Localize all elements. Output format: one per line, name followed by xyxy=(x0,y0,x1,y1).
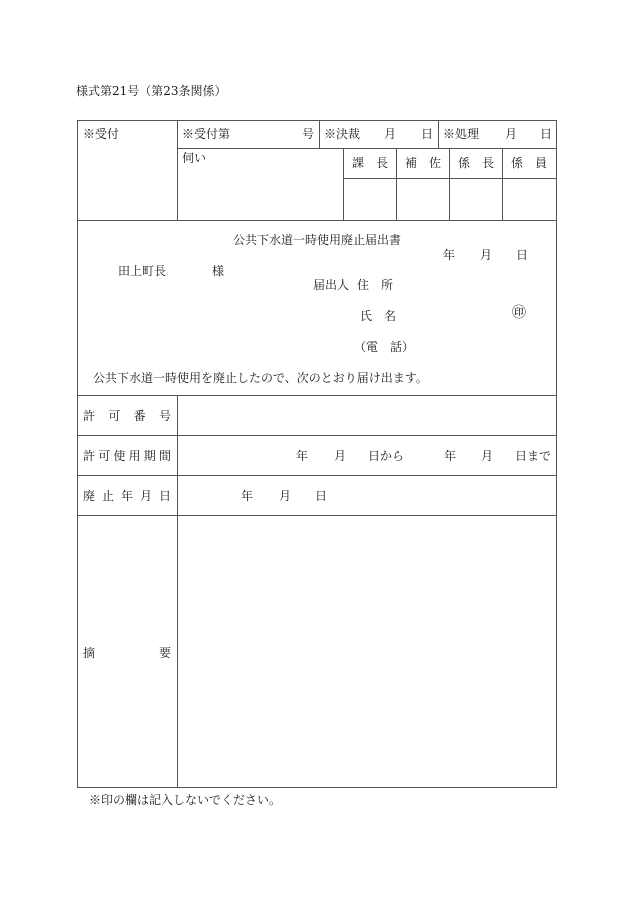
permit-number-field[interactable] xyxy=(178,396,556,435)
stamp-box-section-chief[interactable] xyxy=(344,179,396,220)
statement: 公共下水道一時使用を廃止したので、次のとおり届け出ます。 xyxy=(93,371,428,385)
address-field[interactable] xyxy=(400,274,540,294)
date-year: 年 xyxy=(443,248,455,262)
approver-subsection-chief: 係長 xyxy=(458,156,494,170)
abolition-date-label: 廃止年月日 xyxy=(83,489,171,503)
receipt-number-suffix: 号 xyxy=(302,127,314,141)
period-to-day: 日まで xyxy=(515,449,551,463)
decision-day: 日 xyxy=(421,127,433,141)
permit-period-field[interactable] xyxy=(178,436,556,475)
abolition-month: 月 xyxy=(279,489,291,503)
name-field[interactable] xyxy=(400,305,505,325)
applicant-label: 届出人 xyxy=(313,278,349,292)
abolition-date-field[interactable] xyxy=(178,476,556,515)
divider xyxy=(77,220,557,221)
seal-icon: ㊞ xyxy=(512,306,526,320)
summary-field[interactable] xyxy=(178,516,556,787)
footnote: ※印の欄は記入しないでください。 xyxy=(89,793,281,807)
permit-number-label: 許可番号 xyxy=(83,409,171,423)
period-from-year: 年 xyxy=(296,449,308,463)
divider xyxy=(177,148,557,149)
abolition-year: 年 xyxy=(241,489,253,503)
phone-label: （電 話） xyxy=(354,340,414,354)
date-month: 月 xyxy=(480,248,492,262)
approver-section-chief: 課長 xyxy=(352,156,388,170)
processing-day: 日 xyxy=(540,127,552,141)
abolition-day: 日 xyxy=(315,489,327,503)
received-label: ※受付 xyxy=(83,127,119,141)
document-title: 公共下水道一時使用廃止届出書 xyxy=(233,233,401,247)
period-to-year: 年 xyxy=(444,449,456,463)
form-number: 様式第21号（第23条関係） xyxy=(76,84,227,98)
date-day: 日 xyxy=(516,248,528,262)
decision-month: 月 xyxy=(384,127,396,141)
processing-month: 月 xyxy=(505,127,517,141)
period-to-month: 月 xyxy=(481,449,493,463)
addressee: 田上町長 xyxy=(118,264,166,278)
receipt-number-prefix: ※受付第 xyxy=(182,127,230,141)
name-label: 氏 名 xyxy=(360,309,396,323)
summary-label: 摘要 xyxy=(83,646,171,660)
divider xyxy=(319,120,320,148)
permit-period-label: 許可使用期間 xyxy=(83,449,171,463)
decision-label: ※決裁 xyxy=(324,127,360,141)
divider xyxy=(438,120,439,148)
address-label: 住 所 xyxy=(357,278,393,292)
approver-deputy: 補佐 xyxy=(405,156,441,170)
stamp-box-staff[interactable] xyxy=(503,179,556,220)
approver-staff: 係員 xyxy=(511,156,547,170)
stamp-box-subsection-chief[interactable] xyxy=(450,179,502,220)
stamp-box-deputy[interactable] xyxy=(397,179,449,220)
divider xyxy=(177,120,178,220)
period-from-day: 日から xyxy=(368,449,404,463)
inquiry-label: 伺い xyxy=(182,151,206,165)
honorific: 様 xyxy=(212,264,224,278)
processing-label: ※処理 xyxy=(443,127,479,141)
period-from-month: 月 xyxy=(334,449,346,463)
